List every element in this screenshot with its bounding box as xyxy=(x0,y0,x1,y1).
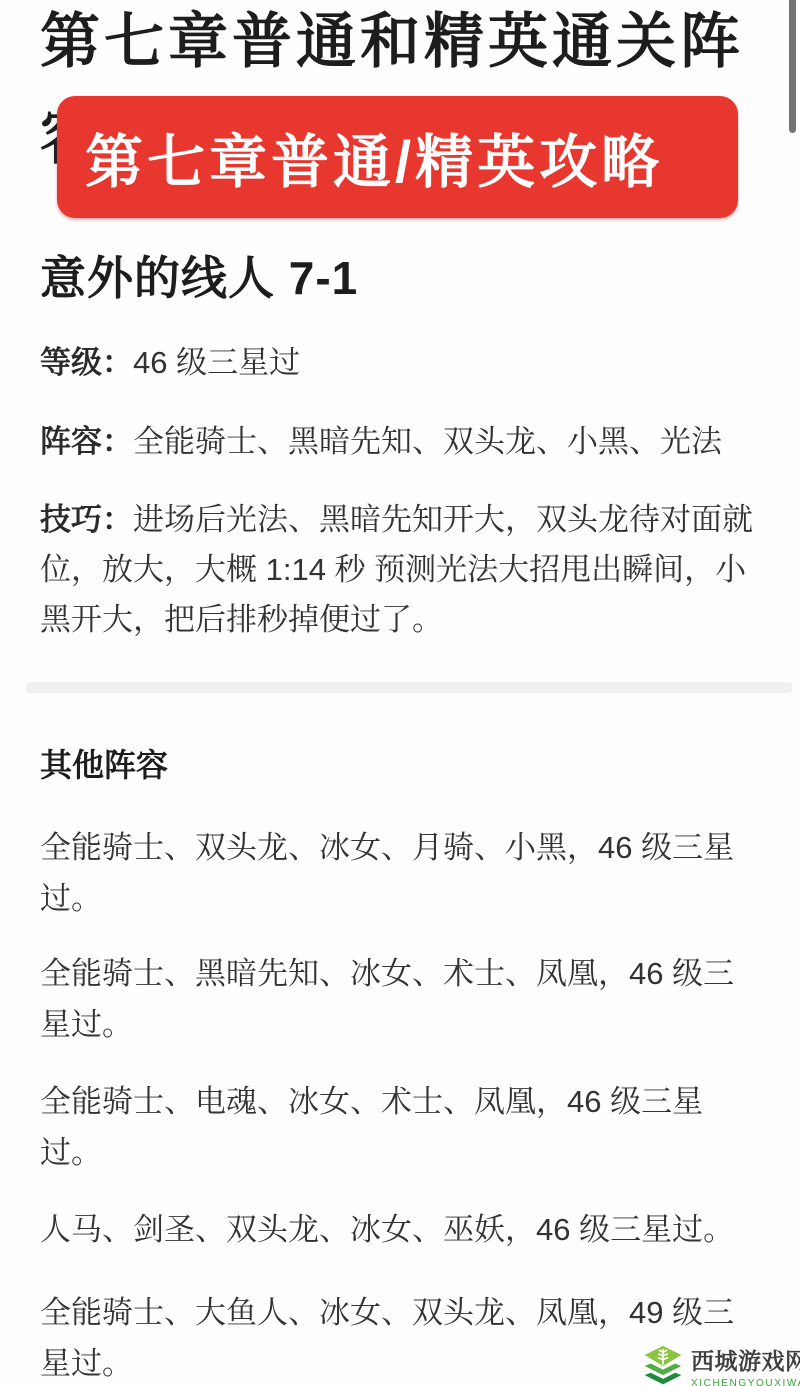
watermark-site-romanized: XICHENGYOUXIWANG xyxy=(691,1378,800,1386)
watermark-site-name: 西城游戏网 xyxy=(691,1343,800,1376)
wheat-leaf-logo-icon xyxy=(641,1344,685,1386)
chapter-guide-banner-label: 第七章普通/精英攻略 xyxy=(85,115,663,199)
tips-paragraph: 技巧：进场后光法、黑暗先知开大，双头龙待对面就位，放大，大概 1:14 秒 预测… xyxy=(40,495,762,645)
level-label: 等级： xyxy=(40,345,133,380)
lineup-list-item: 人马、剑圣、双头龙、冰女、巫妖，46 级三星过。 xyxy=(40,1204,762,1255)
tips-value: 进场后光法、黑暗先知开大，双头龙待对面就位，放大，大概 1:14 秒 预测光法大… xyxy=(40,502,753,637)
chapter-guide-banner[interactable]: 第七章普通/精英攻略 xyxy=(57,96,738,218)
level-value: 46 级三星过 xyxy=(133,345,300,380)
lineup-list-item: 全能骑士、双头龙、冰女、月骑、小黑，46 级三星过。 xyxy=(40,822,762,924)
lineup-list-item: 全能骑士、电魂、冰女、术士、凤凰，46 级三星过。 xyxy=(40,1076,762,1178)
site-watermark: 西城游戏网 XICHENGYOUXIWANG xyxy=(641,1343,800,1386)
lineup-list-item: 全能骑士、黑暗先知、冰女、术士、凤凰，46 级三星过。 xyxy=(40,948,762,1050)
level-line: 等级：46 级三星过 xyxy=(40,338,760,388)
watermark-text-block: 西城游戏网 XICHENGYOUXIWANG xyxy=(691,1343,800,1386)
stage-heading: 意外的线人 7-1 xyxy=(40,242,358,308)
lineup-value: 全能骑士、黑暗先知、双头龙、小黑、光法 xyxy=(133,424,722,459)
page-title-line1: 第七章普通和精英通关阵 xyxy=(40,8,744,75)
scrollbar-thumb[interactable] xyxy=(789,0,796,133)
lineup-label: 阵容： xyxy=(40,424,133,459)
tips-label: 技巧： xyxy=(40,502,133,537)
other-lineups-heading: 其他阵容 xyxy=(40,740,168,786)
section-divider xyxy=(26,682,792,693)
article-page: 第七章普通和精英通关阵 容 第七章普通/精英攻略 意外的线人 7-1 等级：46… xyxy=(0,0,800,1386)
lineup-line: 阵容：全能骑士、黑暗先知、双头龙、小黑、光法 xyxy=(40,417,760,467)
